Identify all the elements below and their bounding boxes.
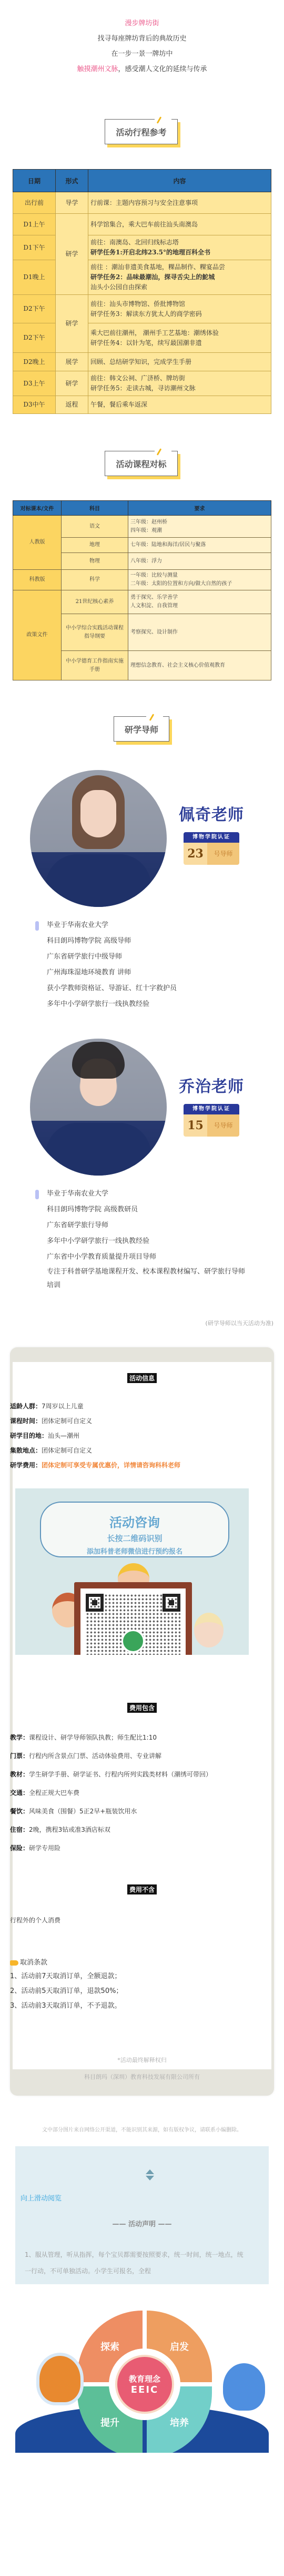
section-title-course: 活动课程对标 xyxy=(105,451,179,478)
mentor-number: 15 xyxy=(184,1114,207,1137)
table-row: D3上午 研学 前往：韩文公祠、广济桥、牌坊街研学任务5：走读古城，寻访潮州文脉 xyxy=(13,371,271,396)
table-row: 科教版 科学 一年级：比较与测量二年级：太阳的位置和方向/做大自然的孩子 xyxy=(13,570,271,590)
included-row: 教学：课程设计、研学导师领队执教；师生配比1:10 xyxy=(10,1729,271,1747)
tag-fee-excluded: 费用不含 xyxy=(127,1884,157,1894)
image-disclaimer: 文中部分图片来自网络公开渠道，不能识别其来源，如有版权争议，请联系小编删除。 xyxy=(0,2125,284,2133)
table-row: D3中午 返程 午餐，餐后乘车返深 xyxy=(13,396,271,414)
col-header-subject: 科目 xyxy=(62,501,128,516)
mascot-left-icon xyxy=(36,2353,84,2405)
mentor-bio: 毕业于华南农业大学 科目朗玛博物学院 高级教研员 广东省研学旅行导师 多年中小学… xyxy=(35,1186,284,1292)
intro-line-1: 漫步牌坊街 xyxy=(0,16,284,31)
col-header-source: 对标课本/文件 xyxy=(13,501,62,516)
pointing-hand-icon xyxy=(10,1960,18,1966)
rights-company: 科目朗玛（深圳）教育科技发展有限公司所有 xyxy=(13,2069,271,2090)
intro-line-4: 触摸潮州文脉，感受潮人文化的延续与传承 xyxy=(0,62,284,77)
intro-line-2: 找寻每座牌坊背后的典故历史 xyxy=(0,31,284,46)
table-row: D1晚上 前往 ：潮汕非遗美食基地，粿品制作、粿宴品尝研学任务2：品味最潮汕，探… xyxy=(13,260,271,295)
included-row: 门票：行程内所含景点门票、活动体验费用、专业讲解 xyxy=(10,1747,271,1765)
declaration-heading: —— 活动声明 —— xyxy=(15,2218,269,2228)
table-row: D1下午 前往：南澳岛、北回归线标志塔研学任务1:开启北纬23.5°的地理百科全… xyxy=(13,235,271,260)
eeic-philosophy-graphic: 探索 启发 提升 培养 教育理念 EEIC xyxy=(15,2311,269,2453)
speech-bubble: 活动咨询 长按二维码识别 添加科普老师微信进行预约报名 xyxy=(40,1502,229,1557)
col-header-date: 日期 xyxy=(13,170,56,192)
mentor-name: 乔治老师 xyxy=(179,1073,244,1097)
kid-illustration xyxy=(194,1613,224,1647)
col-header-content: 内容 xyxy=(88,170,271,192)
certification-badge: 博物学院认证 23号导师 xyxy=(184,832,239,865)
table-row: 人教版 语文 三年级：赵州桥四年级：观潮 xyxy=(13,516,271,538)
included-row: 餐饮：风味美食（围餐）5正2早+瓶装饮用水 xyxy=(10,1802,271,1821)
cancel-policy-title: 取消条款 xyxy=(10,1957,271,1969)
tag-fee-included: 费用包含 xyxy=(127,1703,157,1713)
scroll-arrows-icon xyxy=(146,2169,154,2180)
course-table: 对标课本/文件 科目 要求 人教版 语文 三年级：赵州桥四年级：观潮 地理 七年… xyxy=(13,500,271,680)
section-title-mentors: 研学导师 xyxy=(114,716,170,744)
tag-activity-info: 活动信息 xyxy=(127,1373,157,1383)
qr-code[interactable] xyxy=(80,1588,186,1655)
table-row: D2下午 乘大巴前往潮州， 潮州手工艺基地：潮绣体验研学任务4：以针为笔，续写最… xyxy=(13,323,271,353)
table-row: D2晚上 展学 回顾、总结研学知识，完成学生手册 xyxy=(13,353,271,371)
consult-title: 活动咨询 xyxy=(41,1512,228,1531)
declaration-scroll-box[interactable]: 向上滑动阅览 —— 活动声明 —— 1、服从管理，听从指挥，每个宝贝都需要按照要… xyxy=(15,2146,269,2284)
cancel-item: 3、活动前3天取消订单，不予退款。 xyxy=(10,1999,271,2014)
qr-board xyxy=(74,1582,192,1655)
mentor-bio: 毕业于华南农业大学 科目朗玛博物学院 高级导师 广东省研学旅行中级导师 广州海珠… xyxy=(35,917,284,1012)
declaration-body: 1、服从管理，听从指挥，每个宝贝都需要按照要求，统一时间，统一地点，统一行动，不… xyxy=(25,2247,248,2279)
included-row: 交通：全程正规大巴车费 xyxy=(10,1784,271,1802)
mentor-photo xyxy=(30,1039,167,1176)
included-row: 教材：学生研学手册、研学证书、行程内所列实践类材料（潮绣可带回） xyxy=(10,1765,271,1784)
article-page: 漫步牌坊街 找寻每座牌坊背后的典故历史 在一步一景一牌坊中 触摸潮州文脉，感受潮… xyxy=(0,0,284,2474)
intro-line-3: 在一步一景一牌坊中 xyxy=(0,46,284,62)
info-row-destination: 研学目的地：汕头—潮州 xyxy=(10,1428,271,1443)
mentor-note: (研学导师以当天活动为准) xyxy=(0,1319,284,1327)
bullet-bar-icon xyxy=(35,1190,39,1199)
activity-info-card: 活动信息 适龄人群：7周岁以上儿童 课程时间：团体定制可自定义 研学目的地：汕头… xyxy=(10,1347,274,2096)
included-row: 保险：研学专用险 xyxy=(10,1839,271,1858)
bullet-bar-icon xyxy=(35,921,39,931)
consult-qr-banner[interactable]: 活动咨询 长按二维码识别 添加科普老师微信进行预约报名 xyxy=(15,1488,249,1655)
eeic-core: 教育理念 EEIC xyxy=(115,2355,174,2414)
info-row-meeting-point: 集散地点：团体定制可自定义 xyxy=(10,1443,271,1458)
mentor-number: 23 xyxy=(184,843,207,865)
table-row: D1上午 研学 科学馆集合，乘大巴车前往汕头南澳岛 xyxy=(13,214,271,235)
intro-rest: ，感受潮人文化的延续与传承 xyxy=(118,65,207,73)
rights-note: *活动最终解释权归 xyxy=(13,2056,271,2064)
table-row: D2下午 研学 前往：汕头市博物馆、侨批博物馆研学任务3：解读东方犹太人的商学密… xyxy=(13,295,271,323)
info-row-fee: 研学费用：团体定制可享受专属优惠价，详情请咨询科科老师 xyxy=(10,1458,271,1473)
mentor-card: 乔治老师 博物学院认证 15号导师 xyxy=(0,1039,284,1186)
mentor-card: 佩奇老师 博物学院认证 23号导师 xyxy=(0,770,284,917)
col-header-requirement: 要求 xyxy=(128,501,271,516)
mascot-right-icon xyxy=(223,2363,265,2411)
certification-badge: 博物学院认证 15号导师 xyxy=(184,1104,239,1137)
section-title-schedule: 活动行程参考 xyxy=(105,119,179,146)
info-row-time: 课程时间：团体定制可自定义 xyxy=(10,1414,271,1428)
schedule-table: 日期 形式 内容 出行前 导学 行前课：主题内容预习与安全注意事项 D1上午 研… xyxy=(13,169,271,414)
info-row-age: 适龄人群：7周岁以上儿童 xyxy=(10,1399,271,1414)
excluded-text: 行程外的个人消费 xyxy=(10,1913,271,1928)
mentor-photo xyxy=(30,770,167,907)
col-header-form: 形式 xyxy=(56,170,88,192)
cancel-item: 1、活动前7天取消订单，全额退款； xyxy=(10,1969,271,1984)
qr-logo-icon xyxy=(121,1630,145,1653)
intro-text: 漫步牌坊街 找寻每座牌坊背后的典故历史 在一步一景一牌坊中 触摸潮州文脉，感受潮… xyxy=(0,0,284,77)
table-row: 政策文件 21世纪核心素养 勇于探究、乐学善学人文积淀、自我管理 xyxy=(13,590,271,614)
cancel-item: 2、活动前5天取消订单，退款50%； xyxy=(10,1984,271,1999)
intro-highlight: 触摸潮州文脉 xyxy=(77,65,118,73)
scroll-tip: 向上滑动阅览 xyxy=(21,2193,62,2203)
table-row: 出行前 导学 行前课：主题内容预习与安全注意事项 xyxy=(13,192,271,214)
mentor-name: 佩奇老师 xyxy=(179,802,244,825)
included-row: 住宿：2晚，携程3钻或准3酒店标双 xyxy=(10,1821,271,1839)
